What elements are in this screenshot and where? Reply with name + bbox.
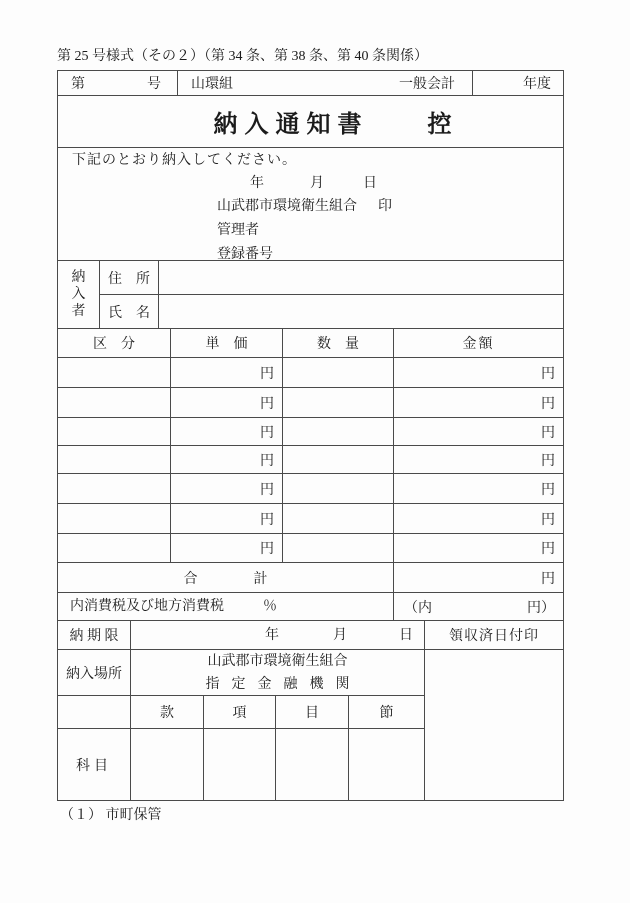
payment-place-label-cell: 納入場所 — [57, 649, 131, 696]
row4-quantity-cell — [282, 445, 394, 474]
yen-unit: 円 — [541, 509, 555, 529]
row1-quantity-cell — [282, 357, 394, 388]
row3-unit-price-cell: 円 — [170, 417, 283, 446]
tax-label-cell: 内消費税及び地方消費税 ％ — [57, 592, 394, 621]
tax-label: 内消費税及び地方消費税 — [70, 598, 224, 616]
footer-note: （１） 市町保管 — [60, 804, 162, 824]
row5-category-cell — [57, 473, 171, 504]
fiscal-year-cell: 年度 — [472, 70, 564, 96]
deadline-year: 年 — [265, 627, 279, 645]
header-category-cell: 区 分 — [57, 328, 171, 358]
row3-category-cell — [57, 417, 171, 446]
issuer-organization: 山武郡市環境衛生組合 — [217, 198, 357, 216]
yen-unit: 円 — [541, 538, 555, 558]
total-amount-cell: 円 — [393, 562, 564, 593]
payment-place-line1: 山武郡市環境衛生組合 — [208, 650, 348, 673]
row1-amount-cell: 円 — [393, 357, 564, 388]
budget-col-kou: 項 — [233, 702, 247, 722]
yen-unit: 円 — [260, 393, 274, 413]
row1-category-cell — [57, 357, 171, 388]
row6-quantity-cell — [282, 503, 394, 534]
yen-unit: 円 — [260, 363, 274, 383]
address-label-cell: 住 所 — [99, 260, 159, 295]
number-suffix: 号 — [147, 73, 161, 93]
subject-moku-value-cell — [275, 728, 349, 801]
organization-account-cell: 山環組 一般会計 — [177, 70, 473, 96]
header-quantity-cell: 数 量 — [282, 328, 394, 358]
deadline-month: 月 — [333, 627, 347, 645]
name-value-cell — [158, 294, 564, 329]
name-label-cell: 氏 名 — [99, 294, 159, 329]
tax-percent-sign: ％ — [263, 598, 277, 616]
header-unit-price: 単 価 — [206, 333, 248, 353]
seal-mark: 印 — [378, 198, 392, 216]
payment-place-line2: 指定金融機関 — [206, 673, 362, 696]
subject-label: 科目 — [76, 755, 112, 775]
yen-unit: 円 — [541, 393, 555, 413]
row6-unit-price-cell: 円 — [170, 503, 283, 534]
account-type: 一般会計 — [399, 73, 455, 93]
row2-category-cell — [57, 387, 171, 418]
row2-unit-price-cell: 円 — [170, 387, 283, 418]
subject-kou-value-cell — [203, 728, 276, 801]
budget-col-kan: 款 — [160, 702, 174, 722]
yen-unit: 円 — [541, 450, 555, 470]
header-amount-cell: 金額 — [393, 328, 564, 358]
address-label: 住 所 — [108, 268, 150, 288]
receipt-stamp-area — [424, 649, 564, 801]
subject-kan-value-cell — [130, 728, 204, 801]
subject-label-cell: 科目 — [57, 728, 131, 801]
budget-col-kan-cell: 款 — [130, 695, 204, 729]
deadline-date-cell: 年 月 日 — [130, 620, 425, 650]
yen-unit: 円 — [541, 422, 555, 442]
title-group: 納入通知書 控 — [58, 104, 563, 139]
payer-label-cell: 納 入 者 — [57, 260, 100, 329]
header-amount: 金額 — [463, 333, 495, 353]
header-quantity: 数 量 — [317, 333, 359, 353]
row7-category-cell — [57, 533, 171, 563]
row5-amount-cell: 円 — [393, 473, 564, 504]
total-label-cell: 合 計 — [57, 562, 394, 593]
tax-inner-amount-cell: （内 円） — [393, 592, 564, 621]
notice-date-month: 月 — [310, 175, 324, 193]
row1-unit-price-cell: 円 — [170, 357, 283, 388]
row7-quantity-cell — [282, 533, 394, 563]
number-prefix: 第 — [71, 73, 85, 93]
payment-place-label: 納入場所 — [66, 663, 122, 683]
row4-unit-price-cell: 円 — [170, 445, 283, 474]
payer-label-char-2: 入 — [72, 286, 86, 303]
notice-date-year: 年 — [250, 175, 264, 193]
payment-place-value-cell: 山武郡市環境衛生組合 指定金融機関 — [130, 649, 425, 696]
organization-short: 山環組 — [191, 73, 233, 93]
header-category: 区 分 — [93, 333, 135, 353]
budget-header-spacer-cell — [57, 695, 131, 729]
manager-label: 管理者 — [217, 222, 259, 240]
fiscal-year-label: 年度 — [523, 73, 551, 93]
row6-category-cell — [57, 503, 171, 534]
deadline-label-cell: 納 期 限 — [57, 620, 131, 650]
tax-inner-suffix: 円） — [527, 597, 555, 617]
budget-col-moku-cell: 目 — [275, 695, 349, 729]
yen-unit: 円 — [541, 363, 555, 383]
payment-notice-form: 第 25 号様式（その２）（第 34 条、第 38 条、第 40 条関係） 第 … — [0, 0, 630, 903]
deadline-label: 納 期 限 — [70, 625, 119, 645]
row7-amount-cell: 円 — [393, 533, 564, 563]
tax-inner-prefix: （内 — [404, 597, 432, 617]
yen-unit: 円 — [260, 422, 274, 442]
name-label: 氏 名 — [108, 302, 150, 322]
budget-col-kou-cell: 項 — [203, 695, 276, 729]
row5-quantity-cell — [282, 473, 394, 504]
row3-quantity-cell — [282, 417, 394, 446]
notice-block: 下記のとおり納入してください。 年 月 日 山武郡市環境衛生組合 印 管理者 登… — [57, 147, 564, 261]
yen-unit: 円 — [260, 538, 274, 558]
budget-col-setsu: 節 — [380, 702, 394, 722]
yen-unit: 円 — [541, 479, 555, 499]
receipt-stamp-label: 領収済日付印 — [449, 625, 539, 645]
row6-amount-cell: 円 — [393, 503, 564, 534]
form-number-line: 第 25 号様式（その２）（第 34 条、第 38 条、第 40 条関係） — [57, 45, 428, 65]
row3-amount-cell: 円 — [393, 417, 564, 446]
row4-category-cell — [57, 445, 171, 474]
copy-label: 控 — [428, 104, 452, 139]
title-cell: 納入通知書 控 — [57, 95, 564, 148]
payer-label-char-3: 者 — [72, 303, 86, 320]
yen-unit: 円 — [541, 568, 555, 588]
header-unit-price-cell: 単 価 — [170, 328, 283, 358]
yen-unit: 円 — [260, 450, 274, 470]
notice-date-day: 日 — [363, 175, 377, 193]
budget-col-setsu-cell: 節 — [348, 695, 425, 729]
row2-amount-cell: 円 — [393, 387, 564, 418]
yen-unit: 円 — [260, 509, 274, 529]
payer-label-char-1: 納 — [72, 269, 86, 286]
page-title: 納入通知書 — [214, 104, 369, 139]
address-value-cell — [158, 260, 564, 295]
row7-unit-price-cell: 円 — [170, 533, 283, 563]
document-number-cell: 第 号 — [57, 70, 178, 96]
row5-unit-price-cell: 円 — [170, 473, 283, 504]
row4-amount-cell: 円 — [393, 445, 564, 474]
total-label: 合 計 — [184, 568, 268, 588]
row2-quantity-cell — [282, 387, 394, 418]
subject-setsu-value-cell — [348, 728, 425, 801]
budget-col-moku: 目 — [305, 702, 319, 722]
deadline-day: 日 — [399, 627, 413, 645]
notice-instruction: 下記のとおり納入してください。 — [72, 152, 297, 170]
yen-unit: 円 — [260, 479, 274, 499]
receipt-stamp-label-cell: 領収済日付印 — [424, 620, 564, 650]
